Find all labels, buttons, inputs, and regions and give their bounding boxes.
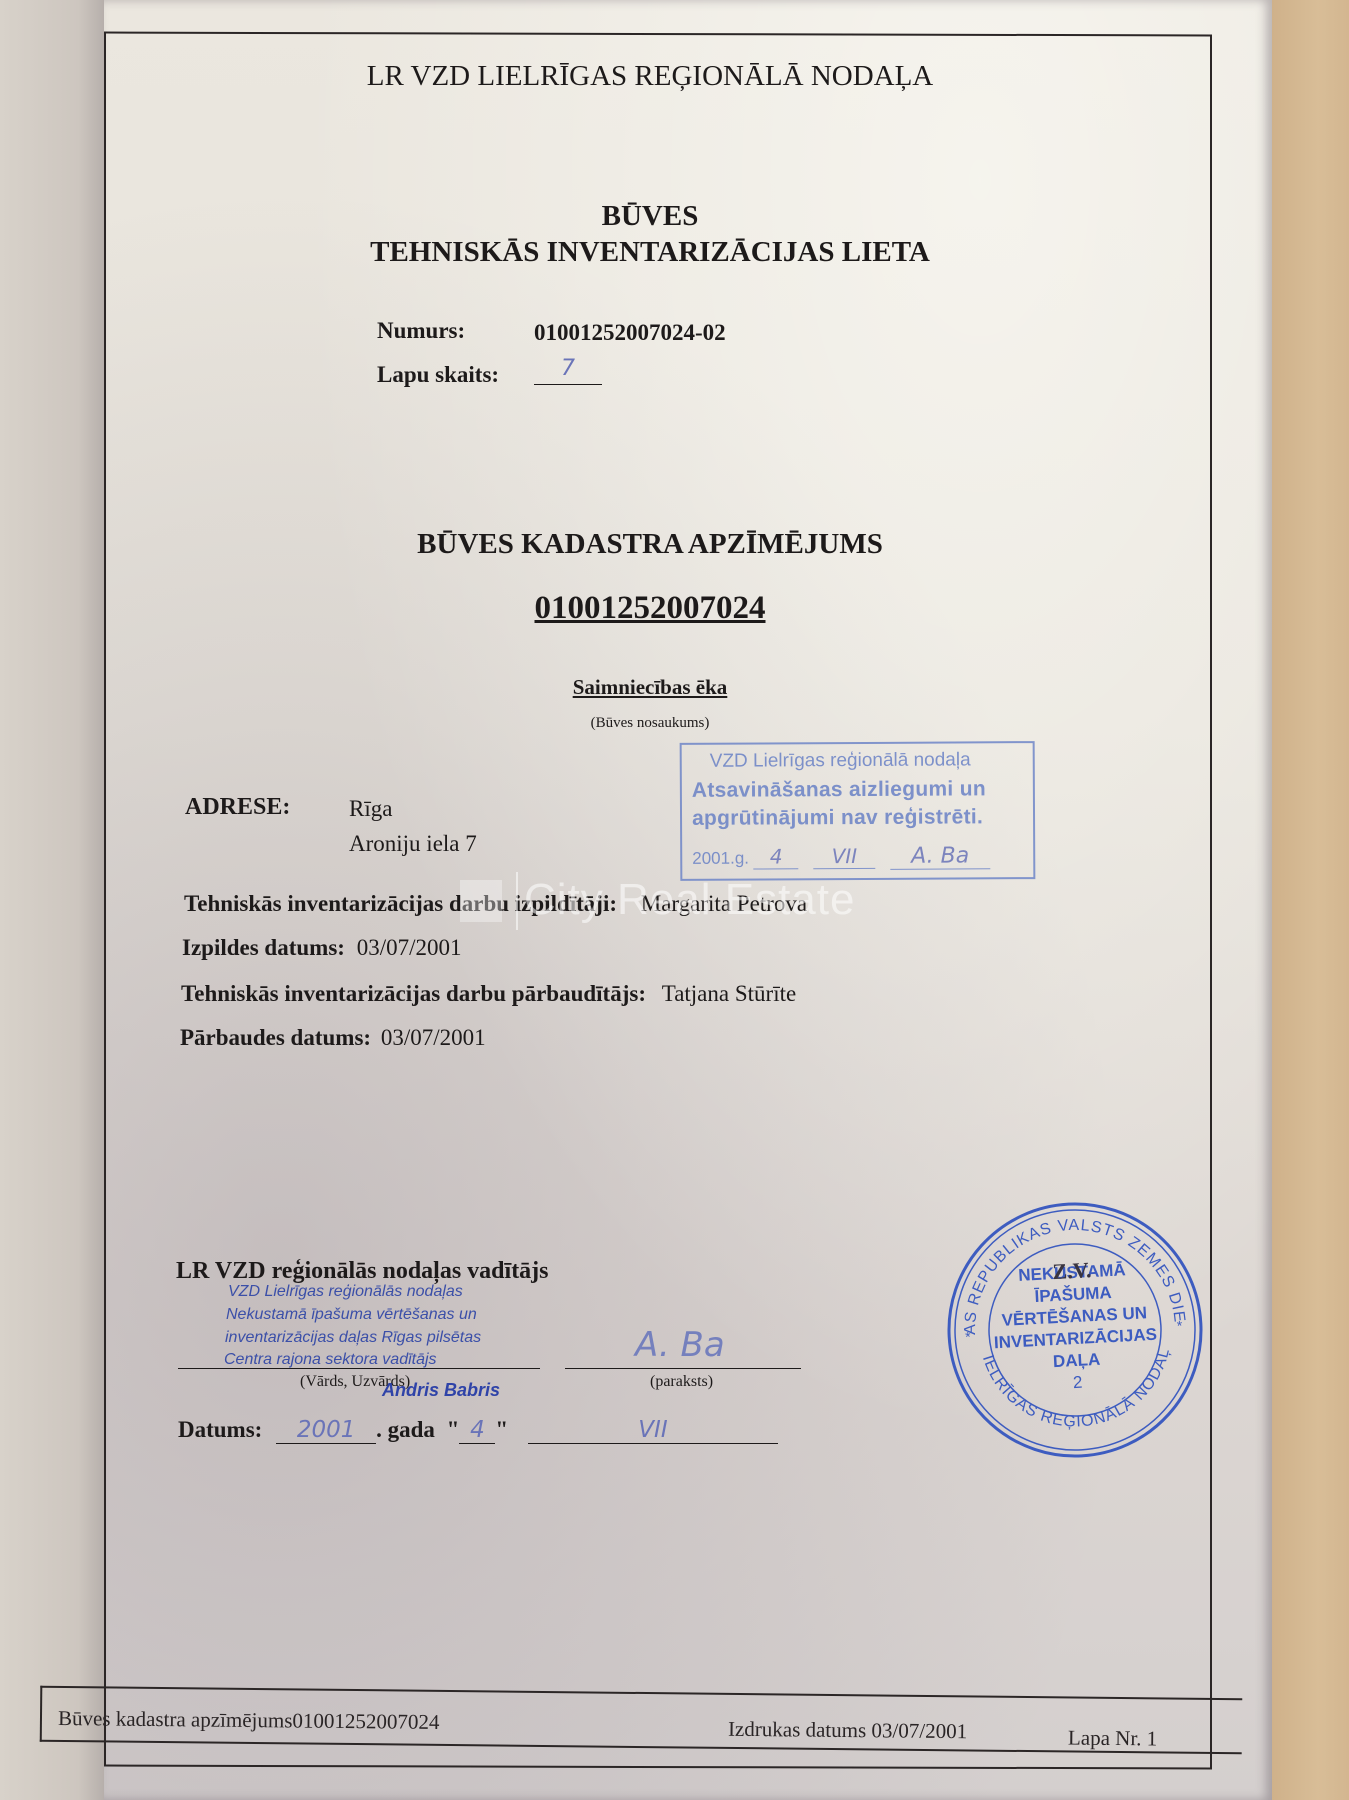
footer-cadastre-value: 01001252007024 xyxy=(292,1708,439,1734)
cadastre-number: 01001252007024 xyxy=(500,590,800,627)
watermark-text: City Real Estate xyxy=(524,875,855,925)
footer-print-date-label: Izdrukas datums xyxy=(728,1717,866,1742)
signoff-heading: LR VZD reģionālās nodaļas vadītājs xyxy=(176,1258,549,1285)
checked-date-label: Pārbaudes datums: xyxy=(180,1025,371,1050)
case-number-value: 01001252007024-02 xyxy=(534,320,726,346)
checked-date-value: 03/07/2001 xyxy=(381,1025,486,1050)
signoff-month: VII xyxy=(528,1417,778,1444)
stamp-day: 4 xyxy=(754,844,799,869)
signoff-day: 4 xyxy=(459,1417,495,1444)
name-stamp: Andris Babris xyxy=(382,1380,500,1401)
performed-date-value: 03/07/2001 xyxy=(357,935,462,960)
address-city: Rīga xyxy=(349,796,392,822)
watermark-logo-divider xyxy=(516,872,518,930)
stamp-date-line: 2001.g. 4 VII A. Ba xyxy=(692,843,990,871)
footer-cadastre: Būves kadastra apzīmējums01001252007024 xyxy=(58,1706,440,1735)
footer-print-date: Izdrukas datums 03/07/2001 xyxy=(728,1717,967,1745)
footer-print-date-value: 03/07/2001 xyxy=(871,1718,967,1743)
signoff-date-row: Datums: 2001. gada "4" VII xyxy=(178,1417,778,1444)
checker-row: Tehniskās inventarizācijas darbu pārbaud… xyxy=(181,981,796,1007)
encumbrance-stamp: VZD Lielrīgas reģionālā nodaļa Atsavināš… xyxy=(680,741,1036,881)
svg-text:Z.V.: Z.V. xyxy=(1052,1257,1092,1284)
cadastre-heading: BŪVES KADASTRA APZĪMĒJUMS xyxy=(350,528,950,561)
signoff-stamp-line-3: inventarizācijas daļas Rīgas pilsētas xyxy=(225,1329,481,1347)
signature-caption: (paraksts) xyxy=(650,1373,713,1391)
title-line-2: TEHNISKĀS INVENTARIZĀCIJAS LIETA xyxy=(300,236,1000,269)
previous-page-edge xyxy=(0,0,112,1800)
page-count-value: 7 xyxy=(561,356,575,381)
stamp-month: VII xyxy=(813,844,875,869)
address-street: Aroniju iela 7 xyxy=(349,831,477,857)
performed-date-label: Izpildes datums: xyxy=(182,935,345,960)
stamp-line-2: Atsavināšanas aizliegumi un xyxy=(692,777,986,803)
handwritten-signature: A. Ba xyxy=(635,1325,725,1365)
checked-date-row: Pārbaudes datums: 03/07/2001 xyxy=(180,1025,486,1051)
checker-value: Tatjana Stūrīte xyxy=(662,981,796,1006)
watermark-logo-box xyxy=(460,880,502,922)
building-name: Saimniecības ēka xyxy=(500,675,800,700)
organization-header: LR VZD LIELRĪGAS REĢIONĀLĀ NODAĻA xyxy=(300,60,1000,93)
svg-text:ĪPAŠUMA: ĪPAŠUMA xyxy=(1033,1283,1112,1306)
page-count-label: Lapu skaits: xyxy=(377,362,499,388)
svg-text:DAĻA: DAĻA xyxy=(1053,1350,1101,1371)
title-line-1: BŪVES xyxy=(400,200,900,233)
stamp-signature: A. Ba xyxy=(890,843,990,870)
checker-label: Tehniskās inventarizācijas darbu pārbaud… xyxy=(181,981,646,1006)
stamp-line-1: VZD Lielrīgas reģionālā nodaļa xyxy=(710,749,971,772)
desk-surface xyxy=(1272,0,1349,1800)
svg-text:2: 2 xyxy=(1073,1373,1083,1392)
address-label: ADRESE: xyxy=(185,794,290,821)
performed-date-row: Izpildes datums: 03/07/2001 xyxy=(182,935,461,961)
signoff-date-label: Datums: xyxy=(178,1417,262,1442)
stamp-line-3: apgrūtinājumi nav reģistrēti. xyxy=(692,805,983,831)
official-seal-icon: LATVIJAS REPUBLIKAS VALSTS ZEMES DIENEST… xyxy=(938,1193,1211,1466)
name-line xyxy=(178,1368,540,1369)
signoff-stamp-line-4: Centra rajona sektora vadītājs xyxy=(224,1351,437,1369)
signature-line xyxy=(565,1368,801,1369)
building-name-caption: (Būves nosaukums) xyxy=(500,715,800,732)
signoff-year: 2001 xyxy=(276,1417,376,1444)
case-number-label: Numurs: xyxy=(377,318,465,344)
page-count-field: 7 xyxy=(534,356,602,385)
signoff-year-suffix: . gada xyxy=(376,1417,435,1442)
signoff-stamp-line-1: VZD Lielrīgas reģionālās nodaļas xyxy=(228,1283,463,1301)
footer-cadastre-label: Būves kadastra apzīmējums xyxy=(58,1706,293,1732)
stamp-date-prefix: 2001.g. xyxy=(692,849,749,868)
footer-page-number: Lapa Nr. 1 xyxy=(1068,1726,1157,1752)
signoff-stamp-line-2: Nekustamā īpašuma vērtēšanas un xyxy=(226,1306,477,1324)
